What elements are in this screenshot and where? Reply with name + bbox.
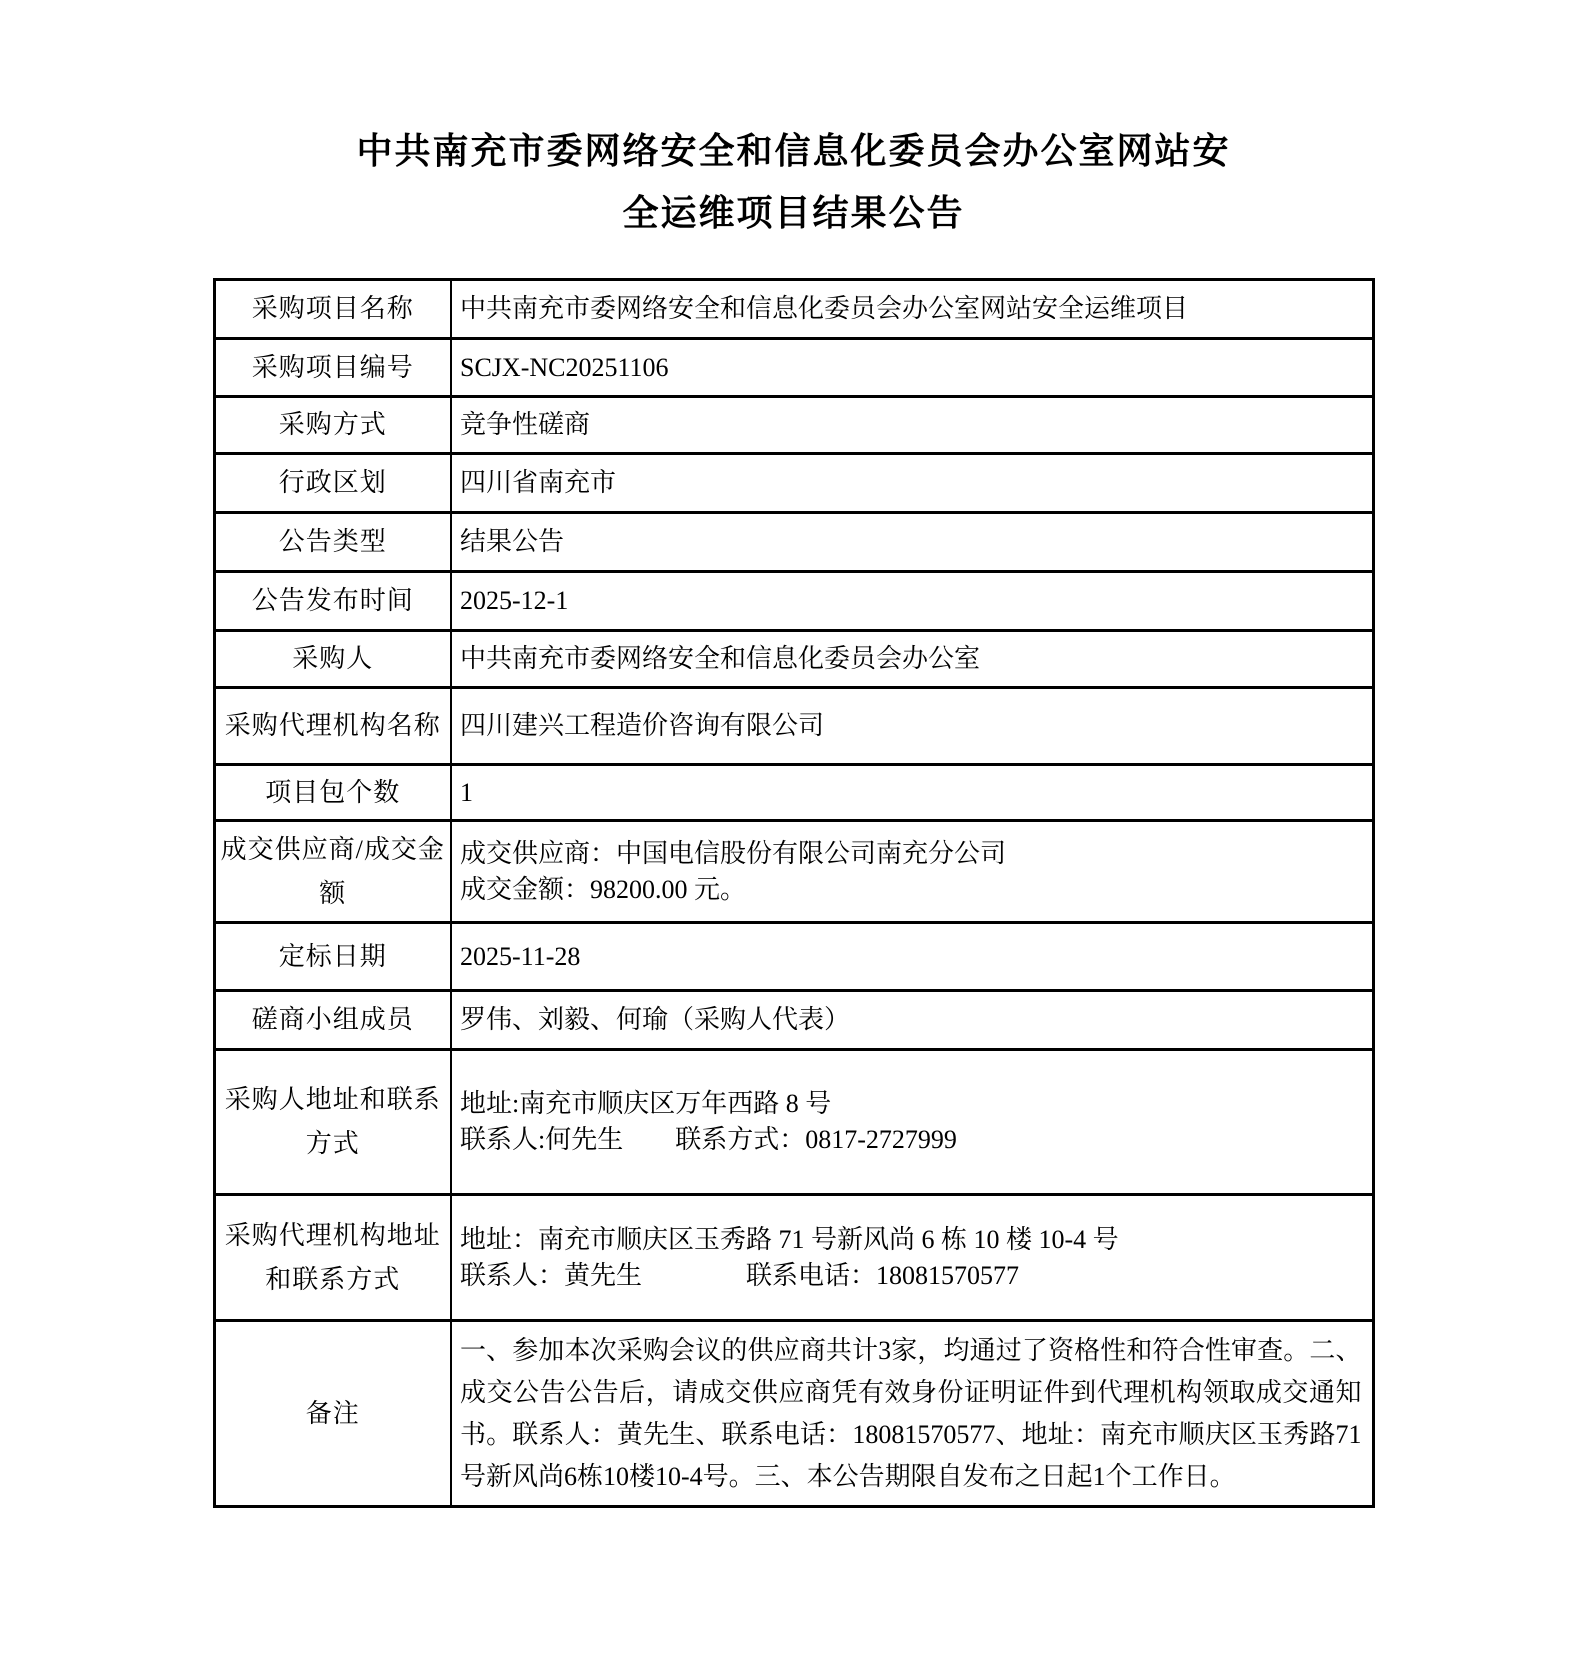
row-label-procurement-project-name: 采购项目名称 — [214, 280, 451, 339]
row-value-line: 罗伟、刘毅、何瑜（采购人代表） — [460, 1002, 1362, 1038]
row-value-award-date: 2025-11-28 — [451, 923, 1373, 991]
row-label-administrative-region: 行政区划 — [214, 454, 451, 513]
table-row-purchaser-address-contact: 采购人地址和联系方式地址:南充市顺庆区万年西路 8 号联系人:何先生 联系方式：… — [214, 1050, 1373, 1195]
row-value-wrap: 中共南充市委网络安全和信息化委员会办公室网站安全运维项目 — [460, 291, 1362, 327]
row-value-wrap: 四川省南充市 — [460, 465, 1362, 501]
row-value-winning-supplier-and-amount: 成交供应商：中国电信股份有限公司南充分公司成交金额：98200.00 元。 — [451, 821, 1373, 923]
row-value-purchaser: 中共南充市委网络安全和信息化委员会办公室 — [451, 631, 1373, 688]
page-title-line1: 中共南充市委网络安全和信息化委员会办公室网站安 — [194, 120, 1394, 182]
document-page: 中共南充市委网络安全和信息化委员会办公室网站安 全运维项目结果公告 采购项目名称… — [0, 0, 1587, 1655]
table-row-negotiation-panel-members: 磋商小组成员罗伟、刘毅、何瑜（采购人代表） — [214, 991, 1373, 1050]
row-value-line: 地址：南充市顺庆区玉秀路 71 号新风尚 6 栋 10 楼 10-4 号 — [460, 1222, 1362, 1258]
row-value-procurement-agency-name: 四川建兴工程造价咨询有限公司 — [451, 688, 1373, 765]
table-row-announcement-publish-time: 公告发布时间2025-12-1 — [214, 572, 1373, 631]
table-row-award-date: 定标日期2025-11-28 — [214, 923, 1373, 991]
row-value-wrap: 2025-12-1 — [460, 583, 1362, 619]
row-value-line: 1 — [460, 775, 1362, 811]
row-value-wrap: 地址:南充市顺庆区万年西路 8 号联系人:何先生 联系方式：0817-27279… — [460, 1086, 1362, 1158]
row-label-procurement-method: 采购方式 — [214, 397, 451, 454]
row-value-wrap: 一、参加本次采购会议的供应商共计3家，均通过了资格性和符合性审查。二、成交公告公… — [460, 1330, 1362, 1498]
row-value-line: 一、参加本次采购会议的供应商共计3家，均通过了资格性和符合性审查。二、成交公告公… — [460, 1330, 1362, 1498]
row-value-announcement-publish-time: 2025-12-1 — [451, 572, 1373, 631]
row-value-line: 中共南充市委网络安全和信息化委员会办公室 — [460, 641, 1362, 677]
row-value-agency-address-contact: 地址：南充市顺庆区玉秀路 71 号新风尚 6 栋 10 楼 10-4 号联系人：… — [451, 1195, 1373, 1321]
row-value-line: 四川建兴工程造价咨询有限公司 — [460, 708, 1362, 744]
row-value-line: 中共南充市委网络安全和信息化委员会办公室网站安全运维项目 — [460, 291, 1362, 327]
row-value-wrap: 竞争性磋商 — [460, 407, 1362, 443]
table-row-procurement-method: 采购方式竞争性磋商 — [214, 397, 1373, 454]
row-label-agency-address-contact: 采购代理机构地址和联系方式 — [214, 1195, 451, 1321]
table-row-package-count: 项目包个数1 — [214, 765, 1373, 821]
table-row-administrative-region: 行政区划四川省南充市 — [214, 454, 1373, 513]
row-value-line: 竞争性磋商 — [460, 407, 1362, 443]
row-value-line: 四川省南充市 — [460, 465, 1362, 501]
row-value-remarks: 一、参加本次采购会议的供应商共计3家，均通过了资格性和符合性审查。二、成交公告公… — [451, 1321, 1373, 1507]
table-row-purchaser: 采购人中共南充市委网络安全和信息化委员会办公室 — [214, 631, 1373, 688]
table-row-announcement-type: 公告类型结果公告 — [214, 513, 1373, 572]
row-label-award-date: 定标日期 — [214, 923, 451, 991]
row-value-package-count: 1 — [451, 765, 1373, 821]
row-value-line: 成交供应商：中国电信股份有限公司南充分公司 — [460, 836, 1362, 872]
row-value-wrap: 成交供应商：中国电信股份有限公司南充分公司成交金额：98200.00 元。 — [460, 836, 1362, 908]
page-title: 中共南充市委网络安全和信息化委员会办公室网站安 全运维项目结果公告 — [194, 120, 1394, 244]
row-value-line: 2025-11-28 — [460, 939, 1362, 975]
row-label-purchaser-address-contact: 采购人地址和联系方式 — [214, 1050, 451, 1195]
row-value-purchaser-address-contact: 地址:南充市顺庆区万年西路 8 号联系人:何先生 联系方式：0817-27279… — [451, 1050, 1373, 1195]
row-value-line: 2025-12-1 — [460, 583, 1362, 619]
table-row-procurement-project-number: 采购项目编号SCJX-NC20251106 — [214, 339, 1373, 397]
row-value-procurement-project-name: 中共南充市委网络安全和信息化委员会办公室网站安全运维项目 — [451, 280, 1373, 339]
row-value-line: 联系人：黄先生 联系电话：18081570577 — [460, 1258, 1362, 1294]
row-value-line: 结果公告 — [460, 524, 1362, 560]
row-value-line: SCJX-NC20251106 — [460, 350, 1362, 386]
row-value-procurement-method: 竞争性磋商 — [451, 397, 1373, 454]
row-value-negotiation-panel-members: 罗伟、刘毅、何瑜（采购人代表） — [451, 991, 1373, 1050]
page-title-line2: 全运维项目结果公告 — [194, 182, 1394, 244]
row-label-procurement-project-number: 采购项目编号 — [214, 339, 451, 397]
table-row-procurement-agency-name: 采购代理机构名称四川建兴工程造价咨询有限公司 — [214, 688, 1373, 765]
row-value-wrap: 2025-11-28 — [460, 939, 1362, 975]
row-value-line: 联系人:何先生 联系方式：0817-2727999 — [460, 1122, 1362, 1158]
row-value-administrative-region: 四川省南充市 — [451, 454, 1373, 513]
row-value-wrap: 1 — [460, 775, 1362, 811]
row-value-line: 地址:南充市顺庆区万年西路 8 号 — [460, 1086, 1362, 1122]
row-label-winning-supplier-and-amount: 成交供应商/成交金额 — [214, 821, 451, 923]
row-value-line: 成交金额：98200.00 元。 — [460, 872, 1362, 908]
row-label-negotiation-panel-members: 磋商小组成员 — [214, 991, 451, 1050]
row-value-wrap: 中共南充市委网络安全和信息化委员会办公室 — [460, 641, 1362, 677]
row-value-procurement-project-number: SCJX-NC20251106 — [451, 339, 1373, 397]
row-label-announcement-publish-time: 公告发布时间 — [214, 572, 451, 631]
row-value-announcement-type: 结果公告 — [451, 513, 1373, 572]
row-label-announcement-type: 公告类型 — [214, 513, 451, 572]
row-label-package-count: 项目包个数 — [214, 765, 451, 821]
row-value-wrap: SCJX-NC20251106 — [460, 350, 1362, 386]
table-row-procurement-project-name: 采购项目名称中共南充市委网络安全和信息化委员会办公室网站安全运维项目 — [214, 280, 1373, 339]
row-label-remarks: 备注 — [214, 1321, 451, 1507]
row-value-wrap: 地址：南充市顺庆区玉秀路 71 号新风尚 6 栋 10 楼 10-4 号联系人：… — [460, 1222, 1362, 1294]
row-value-wrap: 罗伟、刘毅、何瑜（采购人代表） — [460, 1002, 1362, 1038]
table-row-agency-address-contact: 采购代理机构地址和联系方式地址：南充市顺庆区玉秀路 71 号新风尚 6 栋 10… — [214, 1195, 1373, 1321]
announcement-table: 采购项目名称中共南充市委网络安全和信息化委员会办公室网站安全运维项目采购项目编号… — [213, 278, 1375, 1508]
table-row-winning-supplier-and-amount: 成交供应商/成交金额成交供应商：中国电信股份有限公司南充分公司成交金额：9820… — [214, 821, 1373, 923]
table-row-remarks: 备注一、参加本次采购会议的供应商共计3家，均通过了资格性和符合性审查。二、成交公… — [214, 1321, 1373, 1507]
row-value-wrap: 结果公告 — [460, 524, 1362, 560]
row-value-wrap: 四川建兴工程造价咨询有限公司 — [460, 708, 1362, 744]
row-label-purchaser: 采购人 — [214, 631, 451, 688]
row-label-procurement-agency-name: 采购代理机构名称 — [214, 688, 451, 765]
